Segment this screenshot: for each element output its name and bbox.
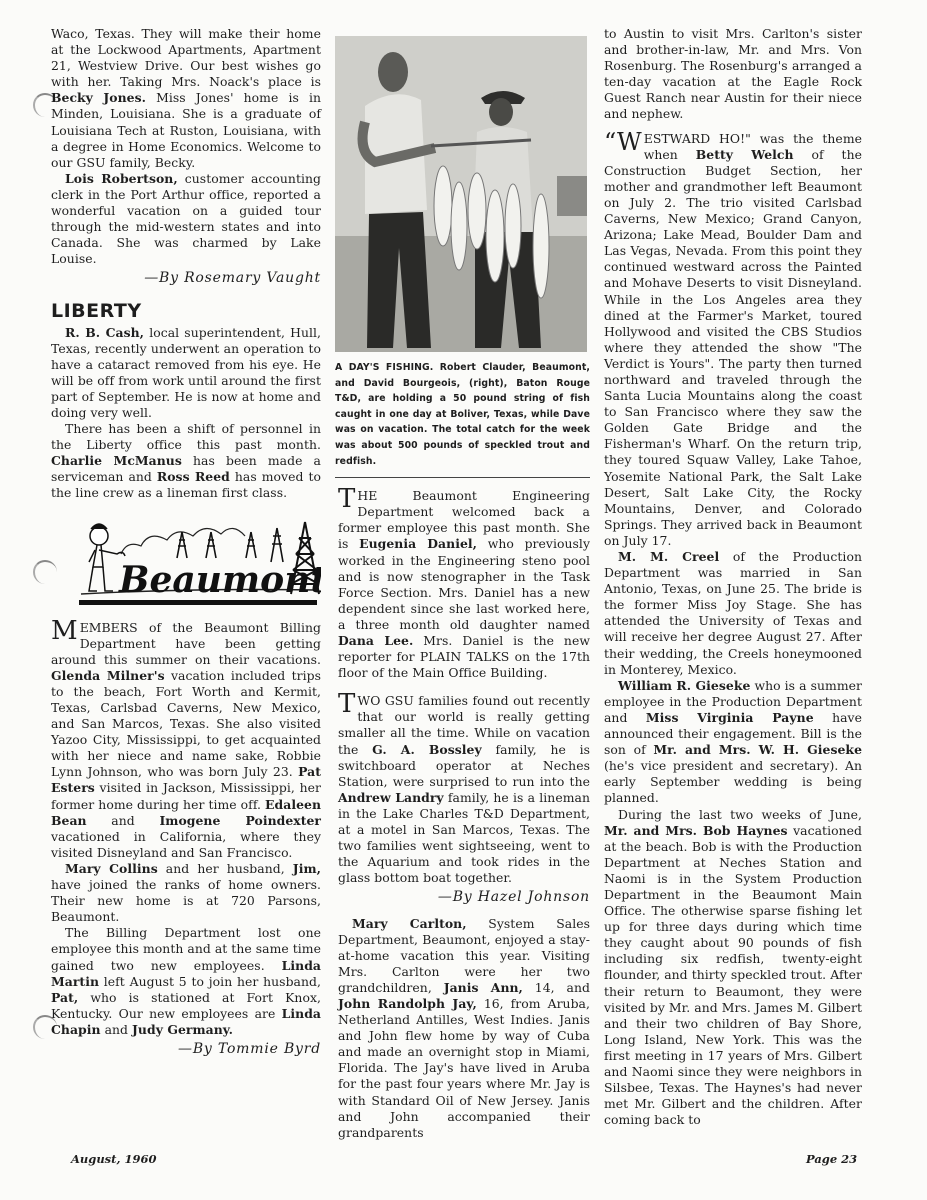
person-name: Mary Carlton, <box>352 916 467 931</box>
photo-image-icon <box>335 36 587 352</box>
article-paragraph: TWO GSU families found out recently that… <box>338 693 590 886</box>
person-name: William R. Gieseke <box>618 678 750 693</box>
article-paragraph: R. B. Cash, local superintendent, Hull, … <box>51 325 321 422</box>
person-name: Jim, <box>293 861 321 876</box>
article-paragraph: William R. Gieseke who is a summer emplo… <box>604 678 862 807</box>
person-name: Glenda Milner's <box>51 668 165 683</box>
column-2: A DAY'S FISHING. Robert Clauder, Beaumon… <box>338 36 590 1141</box>
person-name: Mr. and Mrs. W. H. Gieseke <box>653 742 862 757</box>
person-name: Charlie McManus <box>51 453 182 468</box>
byline: —By Hazel Johnson <box>338 889 590 905</box>
person-name: John Randolph Jay, <box>338 996 477 1011</box>
footer-page-number: Page 23 <box>806 1152 857 1166</box>
article-paragraph: There has been a shift of personnel in t… <box>51 421 321 501</box>
person-name: R. B. Cash, <box>65 325 144 340</box>
oil-derrick-cartoon-icon: Beaumont <box>51 514 321 612</box>
person-name: Imogene Poindexter <box>159 813 321 828</box>
drop-cap: T <box>338 695 355 713</box>
svg-text:Beaumont: Beaumont <box>118 559 321 601</box>
photo-caption: A DAY'S FISHING. Robert Clauder, Beaumon… <box>335 360 590 469</box>
article-paragraph: Waco, Texas. They will make their home a… <box>51 26 321 171</box>
person-name: G. A. Bossley <box>372 742 482 757</box>
person-name: Eugenia Daniel, <box>359 536 477 551</box>
drop-cap: “W <box>604 133 642 151</box>
person-name: Becky Jones. <box>51 90 146 105</box>
person-name: Andrew Landry <box>338 790 444 805</box>
article-paragraph: During the last two weeks of June, Mr. a… <box>604 807 862 1129</box>
newsletter-page: Waco, Texas. They will make their home a… <box>0 0 927 1200</box>
column-3: to Austin to visit Mrs. Carlton's sister… <box>604 26 862 1128</box>
person-name: Pat, <box>51 990 78 1005</box>
drop-cap: M <box>51 622 78 640</box>
article-paragraph: The Billing Department lost one employee… <box>51 925 321 1038</box>
person-name: Lois Robertson, <box>65 171 178 186</box>
person-name: Ross Reed <box>157 469 230 484</box>
person-name: Linda Martin <box>51 958 321 989</box>
article-paragraph: Mary Carlton, System Sales Department, B… <box>338 916 590 1141</box>
section-heading-liberty: LIBERTY <box>51 301 321 321</box>
byline: —By Tommie Byrd <box>51 1041 321 1057</box>
person-name: Judy Germany. <box>132 1022 233 1037</box>
divider <box>335 477 590 478</box>
article-paragraph: Mary Collins and her husband, Jim, have … <box>51 861 321 925</box>
article-paragraph: M. M. Creel of the Production Department… <box>604 549 862 678</box>
drop-cap: T <box>338 490 355 508</box>
person-name: Miss Virginia Payne <box>646 710 814 725</box>
article-paragraph: “WESTWARD HO!" was the theme when Betty … <box>604 131 862 549</box>
person-name: Pat Esters <box>51 764 321 795</box>
column-1: Waco, Texas. They will make their home a… <box>51 26 321 1057</box>
person-name: Dana Lee. <box>338 633 413 648</box>
person-name: M. M. Creel <box>618 549 719 564</box>
person-name: Mr. and Mrs. Bob Haynes <box>604 823 788 838</box>
person-name: Betty Welch <box>696 147 794 162</box>
article-paragraph: to Austin to visit Mrs. Carlton's sister… <box>604 26 862 123</box>
article-paragraph: Lois Robertson, customer accounting cler… <box>51 171 321 268</box>
person-name: Janis Ann, <box>444 980 523 995</box>
fishing-photo <box>335 36 587 352</box>
article-paragraph: THE Beaumont Engineering Department welc… <box>338 488 590 681</box>
beaumont-section-logo: Beaumont <box>51 514 321 612</box>
footer-date: August, 1960 <box>71 1152 157 1166</box>
person-name: Mary Collins <box>65 861 158 876</box>
article-paragraph: MEMBERS of the Beaumont Billing Departme… <box>51 620 321 861</box>
byline: —By Rosemary Vaught <box>51 270 321 286</box>
